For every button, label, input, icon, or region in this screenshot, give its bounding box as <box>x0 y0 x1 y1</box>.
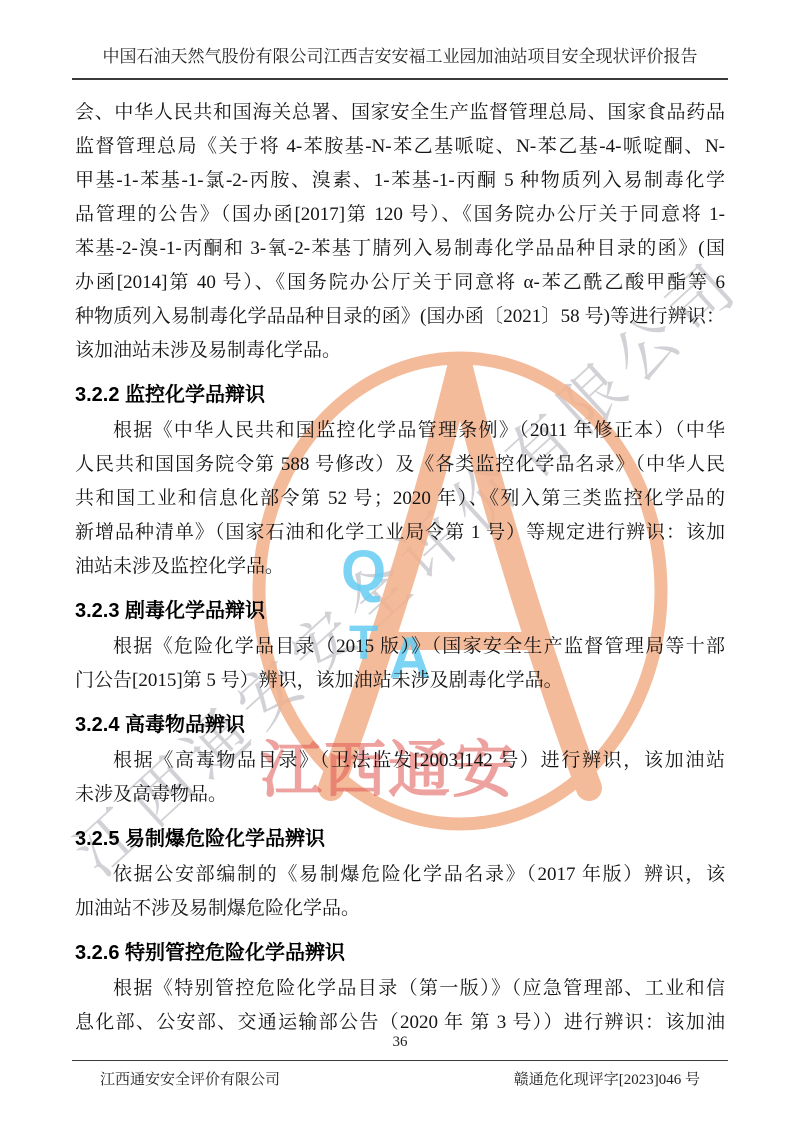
body-line: 根据《中华人民共和国监控化学品管理条例》（2011 年修正本）（中华 <box>75 414 725 448</box>
page-number: 36 <box>0 1034 800 1051</box>
body-line: 监督管理总局《关于将 4-苯胺基-N-苯乙基哌啶、N-苯乙基-4-哌啶酮、N- <box>75 130 725 164</box>
body-line: 根据《高毒物品目录》（卫法监发[2003]142 号）进行辨识，该加油站 <box>75 744 725 778</box>
body-line: 门公告[2015]第 5 号）辨识，该加油站未涉及剧毒化学品。 <box>75 664 725 698</box>
report-page: 江西通安安全评价有限公司 Q T A 江西通安 中国石油天然气股份有限公司江西吉… <box>0 0 800 1131</box>
body-line: 未涉及高毒物品。 <box>75 778 725 812</box>
page-header-title: 中国石油天然气股份有限公司江西吉安安福工业园加油站项目安全现状评价报告 <box>72 46 728 68</box>
body-line: 品管理的公告》（国办函[2017]第 120 号）、《国务院办公厅关于同意将 1… <box>75 198 725 232</box>
body-line: 该加油站未涉及易制毒化学品。 <box>75 334 725 368</box>
footer-rule <box>72 1060 728 1061</box>
body-line: 根据《特别管控危险化学品目录（第一版）》（应急管理部、工业和信 <box>75 972 725 1006</box>
body-line: 人民共和国国务院令第 588 号修改）及《各类监控化学品名录》（中华人民 <box>75 448 725 482</box>
section-heading: 3.2.4 高毒物品辨识 <box>75 708 725 742</box>
footer-company: 江西通安安全评价有限公司 <box>100 1068 280 1089</box>
body-line: 苯基-2-溴-1-丙酮和 3-氧-2-苯基丁腈列入易制毒化学品品种目录的函》(国 <box>75 232 725 266</box>
body-line: 加油站不涉及易制爆危险化学品。 <box>75 892 725 926</box>
body-line: 油站未涉及监控化学品。 <box>75 550 725 584</box>
section-heading: 3.2.3 剧毒化学品辩识 <box>75 594 725 628</box>
body-line: 根据《危险化学品目录（2015 版）》（国家安全生产监督管理局等十部 <box>75 630 725 664</box>
body-line: 依据公安部编制的《易制爆危险化学品名录》（2017 年版）辨识，该 <box>75 858 725 892</box>
body-line: 办函[2014]第 40 号）、《国务院办公厅关于同意将 α-苯乙酰乙酸甲酯等 … <box>75 266 725 300</box>
footer-doc-number: 赣通危化现评字[2023]046 号 <box>514 1068 700 1089</box>
section-heading: 3.2.5 易制爆危险化学品辨识 <box>75 822 725 856</box>
section-heading: 3.2.2 监控化学品辩识 <box>75 378 725 412</box>
header-rule <box>72 78 728 80</box>
doc-body: 会、中华人民共和国海关总署、国家安全生产监督管理总局、国家食品药品监督管理总局《… <box>75 96 725 1040</box>
body-line: 种物质列入易制毒化学品品种目录的函》(国办函〔2021〕58 号)等进行辨识： <box>75 300 725 334</box>
section-heading: 3.2.6 特别管控危险化学品辨识 <box>75 936 725 970</box>
footer-row: 江西通安安全评价有限公司 赣通危化现评字[2023]046 号 <box>100 1068 700 1089</box>
body-line: 会、中华人民共和国海关总署、国家安全生产监督管理总局、国家食品药品 <box>75 96 725 130</box>
body-line: 甲基-1-苯基-1-氯-2-丙胺、溴素、1-苯基-1-丙酮 5 种物质列入易制毒… <box>75 164 725 198</box>
body-line: 共和国工业和信息化部令第 52 号；2020 年）、《列入第三类监控化学品的 <box>75 482 725 516</box>
body-line: 新增品种清单》（国家石油和化学工业局令第 1 号）等规定进行辨识：该加 <box>75 516 725 550</box>
